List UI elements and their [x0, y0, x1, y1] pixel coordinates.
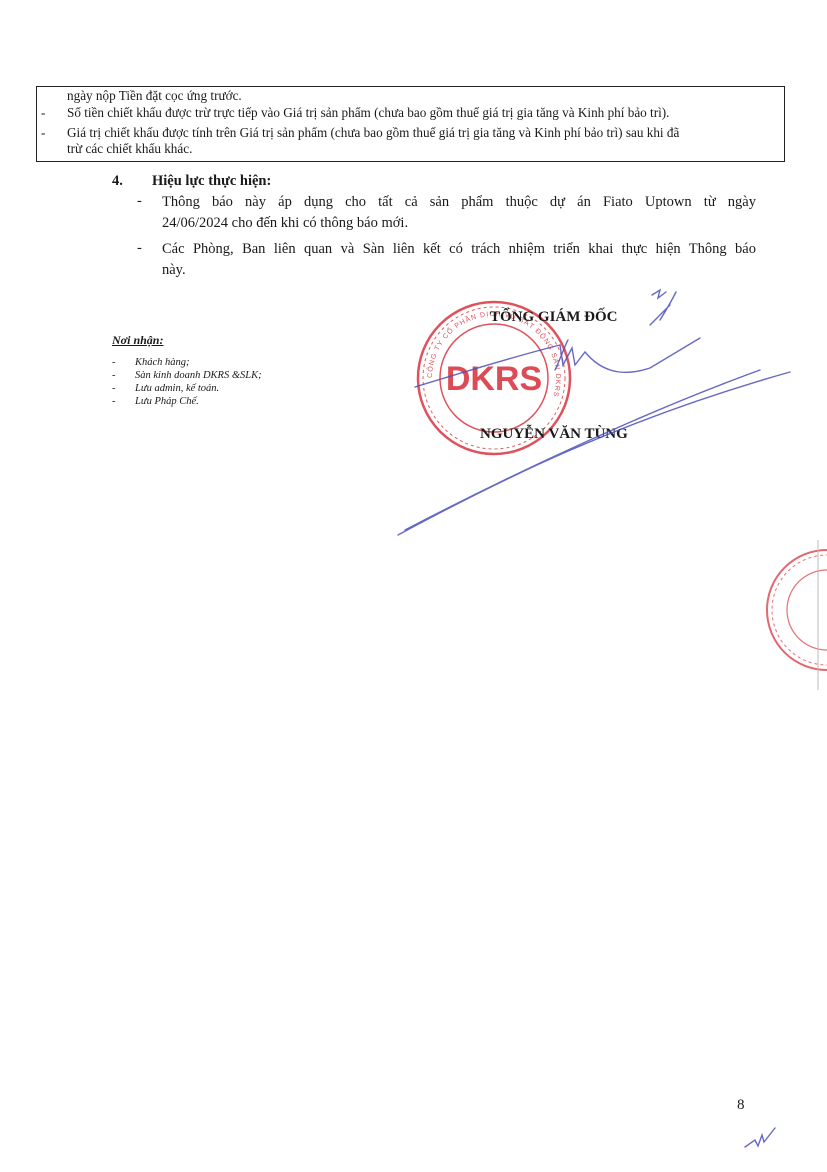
- recipient-item: Sàn kinh doanh DKRS &SLK;: [135, 370, 262, 382]
- recipients-title: Nơi nhận:: [112, 333, 163, 348]
- section-bullet: -: [137, 240, 142, 257]
- handwritten-signature: [0, 0, 827, 1172]
- section-number: 4.: [112, 173, 123, 190]
- recipient-bullet: -: [112, 396, 116, 408]
- notes-box: ngày nộp Tiền đặt cọc ứng trước. - Số ti…: [36, 86, 785, 162]
- notes-continuation: ngày nộp Tiền đặt cọc ứng trước.: [67, 88, 242, 104]
- recipient-bullet: -: [112, 370, 116, 382]
- recipient-bullet: -: [112, 357, 116, 369]
- section-item-2-line-1: Các Phòng, Ban liên quan và Sàn liên kết…: [162, 239, 756, 259]
- stamp-logo-text: DKRS: [446, 360, 542, 398]
- signer-title: TỔNG GIÁM ĐỐC: [490, 309, 618, 326]
- recipient-item: Lưu admin, kế toán.: [135, 383, 219, 395]
- notes-bullet: -: [41, 125, 45, 141]
- signer-name: NGUYỄN VĂN TÙNG: [480, 426, 628, 443]
- notes-item-2-cont: trừ các chiết khấu khác.: [67, 141, 192, 157]
- section-item-2-line-2: này.: [162, 260, 186, 280]
- recipient-bullet: -: [112, 383, 116, 395]
- side-stamp-fragment: [0, 0, 827, 1172]
- recipient-item: Lưu Pháp Chế.: [135, 396, 199, 408]
- notes-item-1: Số tiền chiết khấu được trừ trực tiếp và…: [67, 105, 669, 121]
- section-title: Hiệu lực thực hiện:: [152, 173, 271, 190]
- recipient-item: Khách hàng;: [135, 357, 190, 369]
- notes-bullet: -: [41, 105, 45, 121]
- section-item-1-line-1: Thông báo này áp dụng cho tất cả sản phẩ…: [162, 192, 756, 212]
- notes-item-2: Giá trị chiết khấu được tính trên Giá tr…: [67, 125, 679, 141]
- section-item-1-line-2: 24/06/2024 cho đến khi có thông báo mới.: [162, 213, 408, 233]
- section-bullet: -: [137, 193, 142, 210]
- page-number: 8: [737, 1097, 745, 1114]
- company-stamp: CÔNG TY CỔ PHẦN DỊCH VỤ BẤT ĐỘNG SẢN DKR…: [0, 0, 827, 1172]
